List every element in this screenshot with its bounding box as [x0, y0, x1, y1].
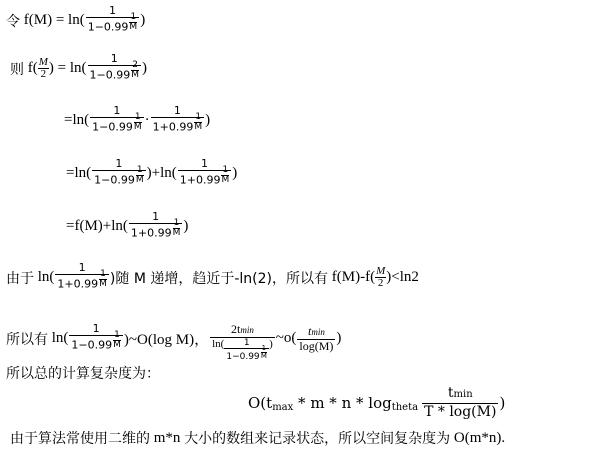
denominator: 1−0.991M [92, 170, 145, 190]
numerator: 2tmin [229, 323, 256, 337]
equation-time-complexity: O(tmax * m * n * logtheta tmin T * log(M… [248, 385, 505, 421]
close-paren: ) [336, 330, 341, 347]
eq-fm-ln: =f(M)+ln( [66, 218, 128, 235]
exp-den: M [261, 353, 267, 360]
fraction: tmin T * log(M) [422, 385, 498, 421]
fraction: 1 1+0.991M [55, 261, 108, 294]
o-open: O(t [248, 394, 272, 412]
equation-define-f: 令 f(M) = ln( 1 1−0.991M ) [6, 4, 145, 37]
denominator: 1−0.991M [86, 17, 139, 37]
inner-num: 1 [242, 338, 252, 348]
inner-den: 1−0.991M [224, 348, 269, 364]
den-base: 1+0.99 [57, 278, 98, 291]
dot-operator: · [145, 112, 150, 129]
numerator: 1 [150, 210, 161, 223]
denominator: 1−0.991M [69, 335, 122, 355]
mn-expr: m*n [154, 430, 181, 447]
lt-ln2: )<ln2 [386, 269, 419, 286]
numerator: 1 [113, 157, 124, 170]
exp-den: M [113, 341, 121, 350]
inner-den-base: 1−0.99 [226, 352, 259, 362]
exp-den: M [173, 229, 181, 238]
fm-expr: f(M)-f( [332, 269, 375, 286]
close-paren: ) [205, 112, 210, 129]
fraction: 1 1+0.991M [129, 210, 182, 243]
close-paren: ) [183, 218, 188, 235]
fraction-2: 1 1+0.991M [178, 157, 231, 190]
numerator: 1 [107, 4, 118, 17]
inner-fraction: 1 1−0.991M [224, 338, 269, 364]
numerator: 1 [111, 104, 122, 117]
denominator: 1+0.991M [55, 274, 108, 294]
paragraph-total-complexity: 所以总的计算复杂度为： [6, 363, 160, 383]
exp-den: M [134, 123, 142, 132]
prefix-text: 由于 [6, 268, 34, 288]
exp-den: M [136, 176, 144, 185]
fraction-1: 1 1−0.991M [90, 104, 143, 137]
denominator: T * log(M) [422, 403, 498, 421]
exp-den: M [99, 280, 107, 289]
exponent: 1M [113, 331, 121, 350]
exponent: 1M [173, 219, 181, 238]
fraction: 1 1−0.992M [88, 52, 141, 85]
m-over-2: M2 [375, 266, 386, 289]
num-sub: min [454, 389, 473, 400]
numerator: 1 [109, 52, 120, 65]
exp-den: M [129, 23, 137, 32]
fraction-1: 1 1−0.991M [92, 157, 145, 190]
space-o: O(m*n). [454, 430, 505, 447]
equation-f-half: 则 f( M2 ) = ln( 1 1−0.992M ) [10, 52, 147, 85]
paragraph-order: 所以有 ln( 1 1−0.991M )~O(log M)， 2tmin ln(… [6, 313, 341, 364]
o-fraction: tmin log(M) [297, 325, 335, 353]
exponent: 1M [134, 113, 142, 132]
lhs: f(M) = ln( [24, 12, 85, 29]
numerator: 1 [199, 157, 210, 170]
numerator: 1 [172, 104, 183, 117]
num-2t: 2t [231, 322, 240, 336]
exponent: 2M [131, 61, 139, 80]
numerator: tmin [446, 385, 475, 403]
plus-ln: )+ln( [147, 165, 177, 182]
close-paren: ) [499, 394, 505, 412]
den-base: 1+0.99 [180, 174, 221, 187]
den-base: 1−0.99 [71, 339, 112, 352]
prefix-text: 令 [6, 11, 20, 31]
sub-max: max [272, 402, 293, 413]
eq-ln: =ln( [66, 165, 91, 182]
ln-open: ln( [38, 269, 55, 286]
denominator: log(M) [297, 339, 335, 353]
ln-open: ln( [52, 330, 69, 347]
den-base: 1−0.99 [94, 174, 135, 187]
numerator: tmin [306, 325, 327, 339]
equation-step-product: =ln( 1 1−0.991M · 1 1+0.991M ) [64, 104, 210, 137]
den-base: 1−0.99 [92, 121, 133, 134]
exponent: 1M [194, 113, 202, 132]
tmin-fraction: 2tmin ln( 1 1−0.991M ) [210, 323, 275, 364]
denominator: 1−0.992M [88, 65, 141, 85]
denominator: 1+0.991M [178, 170, 231, 190]
fraction: 1 1−0.991M [86, 4, 139, 37]
den-ln: ln( [212, 338, 224, 351]
num-sub: min [240, 325, 254, 335]
space-text-2: 大小的数组来记录状态，所以空间复杂度为 [184, 428, 450, 448]
monotonic-text: )随 M 递增，趋近于-ln(2)，所以有 [110, 268, 328, 288]
total-complexity-text: 所以总的计算复杂度为： [6, 363, 160, 383]
little-o: ~o( [276, 330, 297, 347]
exponent: 1M [129, 13, 137, 32]
numerator: 1 [77, 261, 88, 274]
frac-den: 2 [41, 69, 47, 80]
denominator: 1−0.991M [90, 117, 143, 137]
paragraph-monotonic: 由于 ln( 1 1+0.991M )随 M 递增，趋近于-ln(2)，所以有 … [6, 261, 419, 294]
denominator: ln( 1 1−0.991M ) [210, 337, 275, 364]
den-base: 1+0.99 [153, 121, 194, 134]
denominator: 1+0.991M [151, 117, 204, 137]
close-paren: ) [232, 165, 237, 182]
space-text-1: 由于算法常使用二维的 [10, 428, 150, 448]
sub-theta: theta [392, 402, 418, 413]
num-sub: min [311, 327, 325, 337]
exponent: 1M [136, 166, 144, 185]
close-paren: ) [142, 60, 147, 77]
prefix-text: 则 [10, 59, 24, 79]
exp-den: M [221, 176, 229, 185]
den-base: 1+0.99 [131, 227, 172, 240]
m-over-2: M2 [38, 57, 49, 80]
mid-expr: * m * n * log [293, 394, 391, 412]
fraction: 1 1−0.991M [69, 322, 122, 355]
eq-ln: =ln( [64, 112, 89, 129]
frac-den: 2 [378, 278, 384, 289]
equation-step-result: =f(M)+ln( 1 1+0.991M ) [66, 210, 188, 243]
den-base: 1−0.99 [88, 21, 129, 34]
exponent: 1M [221, 166, 229, 185]
exp-den: M [194, 123, 202, 132]
fraction-2: 1 1+0.991M [151, 104, 204, 137]
denominator: 1+0.991M [129, 223, 182, 243]
exp-den: M [131, 71, 139, 80]
exponent: 1M [261, 345, 267, 360]
numerator: 1 [91, 322, 102, 335]
lhs-f: f( [28, 60, 38, 77]
equation-step-sum: =ln( 1 1−0.991M )+ln( 1 1+0.991M ) [66, 157, 237, 190]
prefix-text: 所以有 [6, 329, 48, 349]
paragraph-space-complexity: 由于算法常使用二维的 m*n 大小的数组来记录状态，所以空间复杂度为 O(m*n… [10, 428, 505, 448]
exponent: 1M [99, 270, 107, 289]
close-paren: ) [140, 12, 145, 29]
den-base: 1−0.99 [90, 69, 131, 82]
lhs-rest: ) = ln( [49, 60, 87, 77]
big-o-text: )~O(log M)， [124, 328, 209, 349]
den-close: ) [269, 338, 273, 351]
